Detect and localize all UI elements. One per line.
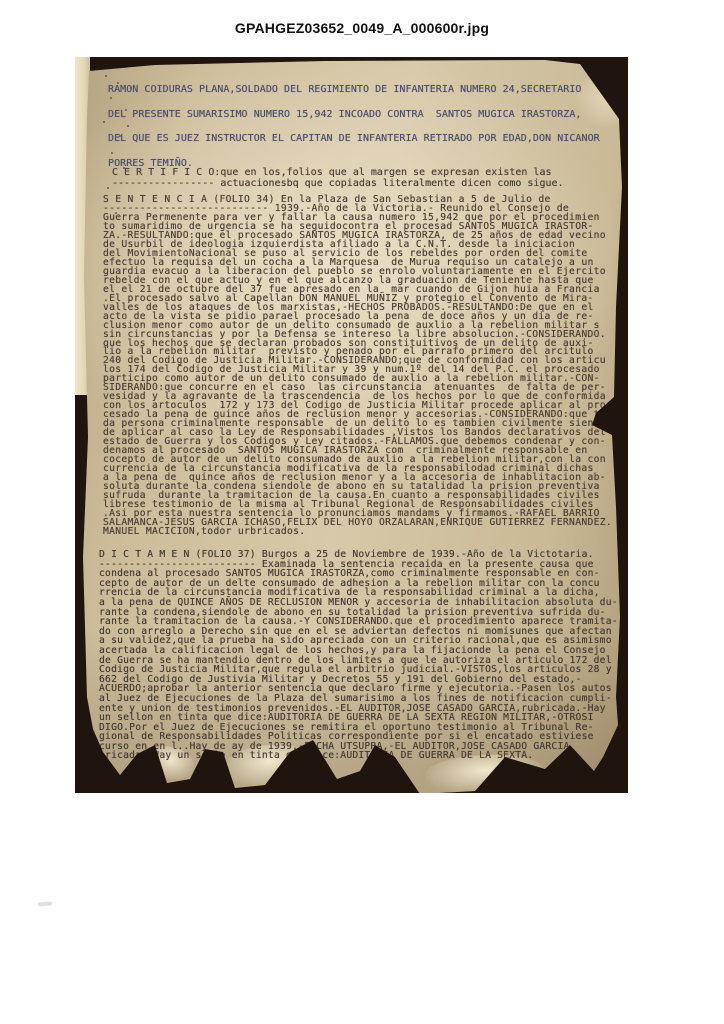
ink-speckles (105, 75, 107, 77)
typewritten-line: bricada.-Hay un sello en tinta que dice:… (99, 751, 618, 761)
scan-page: { "page": { "title": "GPAHGEZ03652_0049_… (0, 0, 724, 1024)
typewritten-line: RAMON COIDURAS PLANA,SOLDADO DEL REGIMIE… (108, 78, 600, 103)
typewritten-line: ----------------- actuacionesbq que copi… (112, 179, 564, 190)
scan-artifact-mark (38, 902, 52, 907)
preamble-paragraph: RAMON COIDURAS PLANA,SOLDADO DEL REGIMIE… (108, 78, 600, 176)
typewritten-line: DEL PRESENTE SUMARISIMO NUMERO 15,942 IN… (108, 103, 600, 128)
sentencia-paragraph: S E N T E N C I A (FOLIO 34) En la Plaza… (103, 196, 612, 537)
document-photo: RAMON COIDURAS PLANA,SOLDADO DEL REGIMIE… (75, 57, 628, 793)
typewritten-line: DEL QUE ES JUEZ INSTRUCTOR EL CAPITAN DE… (108, 127, 600, 152)
filename-title: GPAHGEZ03652_0049_A_000600r.jpg (0, 20, 724, 36)
typewritten-line: MANUEL MACICION,todor urbricados. (103, 528, 612, 537)
certifico-paragraph: C E R T I F I C O:que en los,folios que … (112, 168, 564, 190)
document-paper: RAMON COIDURAS PLANA,SOLDADO DEL REGIMIE… (75, 57, 628, 793)
dictamen-paragraph: D I C T A M E N (FOLIO 37) Burgos a 25 d… (99, 550, 618, 761)
